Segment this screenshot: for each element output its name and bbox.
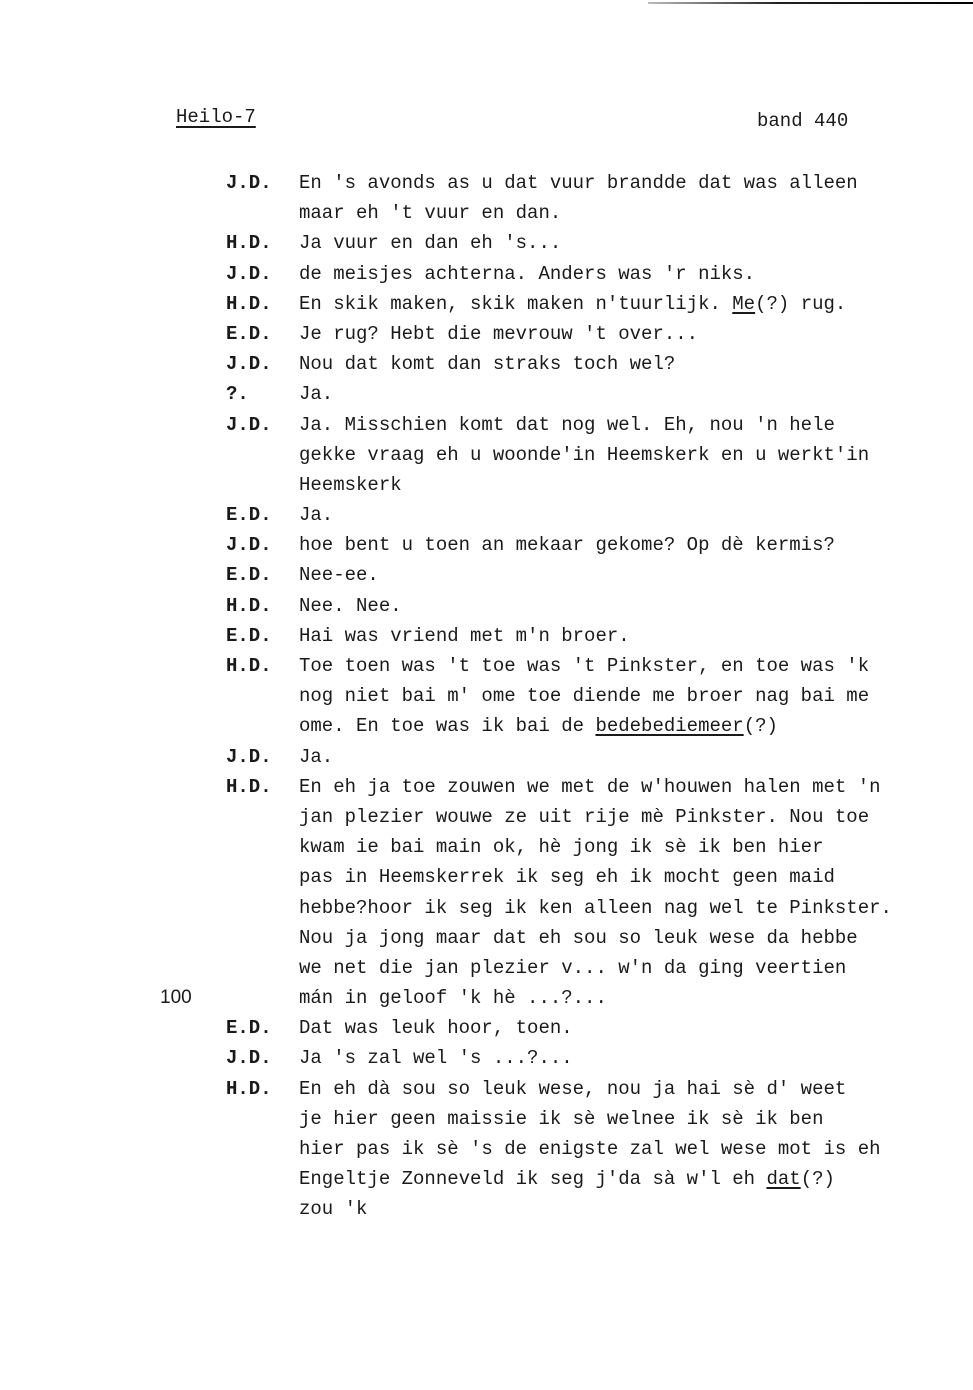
utterance-segment: (?): [801, 1168, 835, 1190]
utterance-text: Hai was vriend met m'n broer.: [299, 621, 630, 651]
utterance-text: En eh dà sou so leuk wese, nou ja hai sè…: [299, 1074, 846, 1104]
utterance-segment: Hai was vriend met m'n broer.: [299, 625, 630, 647]
speaker-label: J.D.: [226, 410, 272, 440]
utterance-text: gekke vraag eh u woonde'in Heemskerk en …: [299, 440, 869, 470]
speaker-label: J.D.: [226, 742, 272, 772]
utterance-text: zou 'k: [299, 1194, 367, 1224]
utterance-text: Nou ja jong maar dat eh sou so leuk wese…: [299, 923, 858, 953]
speaker-label: H.D.: [226, 591, 272, 621]
utterance-text: je hier geen maissie ik sè welnee ik sè …: [299, 1104, 824, 1134]
utterance-segment: Ja.: [299, 746, 333, 768]
utterance-segment: Ja 's zal wel 's ...?...: [299, 1047, 573, 1069]
utterance-text: Toe toen was 't toe was 't Pinkster, en …: [299, 651, 869, 681]
utterance-segment: Je rug? Hebt die mevrouw 't over...: [299, 323, 698, 345]
utterance-text: pas in Heemskerrek ik seg eh ik mocht ge…: [299, 862, 835, 892]
speaker-label: H.D.: [226, 289, 272, 319]
transcript-line: maar eh 't vuur en dan.: [0, 198, 973, 228]
utterance-text: maar eh 't vuur en dan.: [299, 198, 561, 228]
document-id: Heilo-7: [176, 106, 256, 128]
utterance-segment: En skik maken, skik maken n'tuurlijk.: [299, 293, 732, 315]
transcript-line: Heemskerk: [0, 470, 973, 500]
utterance-text: de meisjes achterna. Anders was 'r niks.: [299, 259, 755, 289]
utterance-segment: Toe toen was 't toe was 't Pinkster, en …: [299, 655, 869, 677]
speaker-label: E.D.: [226, 560, 272, 590]
utterance-segment: Ja. Misschien komt dat nog wel. Eh, nou …: [299, 414, 835, 436]
utterance-segment: mán in geloof 'k hè ...?...: [299, 987, 607, 1009]
utterance-text: Ja.: [299, 500, 333, 530]
utterance-text: we net die jan plezier v... w'n da ging …: [299, 953, 846, 983]
uncertain-word: dat: [766, 1168, 800, 1190]
transcript-line: Nou ja jong maar dat eh sou so leuk wese…: [0, 923, 973, 953]
utterance-text: Engeltje Zonneveld ik seg j'da sà w'l eh…: [299, 1164, 835, 1194]
transcript-line: J.D.Ja. Misschien komt dat nog wel. Eh, …: [0, 410, 973, 440]
utterance-segment: En 's avonds as u dat vuur brandde dat w…: [299, 172, 858, 194]
utterance-segment: Dat was leuk hoor, toen.: [299, 1017, 573, 1039]
utterance-text: hoe bent u toen an mekaar gekome? Op dè …: [299, 530, 835, 560]
transcript-line: je hier geen maissie ik sè welnee ik sè …: [0, 1104, 973, 1134]
transcript-line: ?.Ja.: [0, 379, 973, 409]
utterance-segment: ome. En toe was ik bai de: [299, 715, 595, 737]
transcript-line: E.D.Dat was leuk hoor, toen.: [0, 1013, 973, 1043]
utterance-segment: Heemskerk: [299, 474, 402, 496]
transcript-line: hier pas ik sè 's de enigste zal wel wes…: [0, 1134, 973, 1164]
utterance-text: Ja.: [299, 379, 333, 409]
transcript-line: J.D.En 's avonds as u dat vuur brandde d…: [0, 168, 973, 198]
speaker-label: H.D.: [226, 772, 272, 802]
transcript-line: 100mán in geloof 'k hè ...?...: [0, 983, 973, 1013]
utterance-segment: (?) rug.: [755, 293, 846, 315]
utterance-text: Nee. Nee.: [299, 591, 402, 621]
transcript-line: J.D.Ja 's zal wel 's ...?...: [0, 1043, 973, 1073]
utterance-segment: hoe bent u toen an mekaar gekome? Op dè …: [299, 534, 835, 556]
transcript-line: E.D.Hai was vriend met m'n broer.: [0, 621, 973, 651]
utterance-segment: En eh ja toe zouwen we met de w'houwen h…: [299, 776, 881, 798]
utterance-text: Ja.: [299, 742, 333, 772]
speaker-label: H.D.: [226, 228, 272, 258]
page-edge-line: [648, 2, 973, 4]
transcript-line: nog niet bai m' ome toe diende me broer …: [0, 681, 973, 711]
utterance-text: Je rug? Hebt die mevrouw 't over...: [299, 319, 698, 349]
utterance-segment: Nou ja jong maar dat eh sou so leuk wese…: [299, 927, 858, 949]
speaker-label: J.D.: [226, 1043, 272, 1073]
utterance-segment: Nee. Nee.: [299, 595, 402, 617]
speaker-label: J.D.: [226, 259, 272, 289]
utterance-segment: hier pas ik sè 's de enigste zal wel wes…: [299, 1138, 881, 1160]
transcript-line: Engeltje Zonneveld ik seg j'da sà w'l eh…: [0, 1164, 973, 1194]
utterance-segment: Nou dat komt dan straks toch wel?: [299, 353, 675, 375]
utterance-segment: hebbe?hoor ik seg ik ken alleen nag wel …: [299, 897, 892, 919]
transcript-line: jan plezier wouwe ze uit rije mè Pinkste…: [0, 802, 973, 832]
transcript-line: H.D.Ja vuur en dan eh 's...: [0, 228, 973, 258]
utterance-text: Heemskerk: [299, 470, 402, 500]
utterance-segment: Ja.: [299, 383, 333, 405]
utterance-segment: nog niet bai m' ome toe diende me broer …: [299, 685, 869, 707]
tape-number: band 440: [757, 110, 848, 132]
utterance-segment: Ja vuur en dan eh 's...: [299, 232, 561, 254]
utterance-text: hebbe?hoor ik seg ik ken alleen nag wel …: [299, 893, 892, 923]
utterance-text: hier pas ik sè 's de enigste zal wel wes…: [299, 1134, 881, 1164]
speaker-label: H.D.: [226, 651, 272, 681]
utterance-text: nog niet bai m' ome toe diende me broer …: [299, 681, 869, 711]
utterance-text: Ja 's zal wel 's ...?...: [299, 1043, 573, 1073]
transcript-line: H.D.En eh dà sou so leuk wese, nou ja ha…: [0, 1074, 973, 1104]
utterance-segment: En eh dà sou so leuk wese, nou ja hai sè…: [299, 1078, 846, 1100]
speaker-label: E.D.: [226, 1013, 272, 1043]
transcript-line: hebbe?hoor ik seg ik ken alleen nag wel …: [0, 893, 973, 923]
utterance-segment: we net die jan plezier v... w'n da ging …: [299, 957, 846, 979]
speaker-label: H.D.: [226, 1074, 272, 1104]
transcript-line: zou 'k: [0, 1194, 973, 1224]
utterance-text: En 's avonds as u dat vuur brandde dat w…: [299, 168, 858, 198]
speaker-label: J.D.: [226, 349, 272, 379]
utterance-segment: pas in Heemskerrek ik seg eh ik mocht ge…: [299, 866, 835, 888]
utterance-text: En eh ja toe zouwen we met de w'houwen h…: [299, 772, 881, 802]
speaker-label: E.D.: [226, 621, 272, 651]
utterance-segment: (?): [744, 715, 778, 737]
utterance-text: kwam ie bai main ok, hè jong ik sè ik be…: [299, 832, 824, 862]
utterance-text: En skik maken, skik maken n'tuurlijk. Me…: [299, 289, 846, 319]
transcript-line: gekke vraag eh u woonde'in Heemskerk en …: [0, 440, 973, 470]
speaker-label: ?.: [226, 379, 249, 409]
utterance-segment: Ja.: [299, 504, 333, 526]
transcript-line: H.D.Toe toen was 't toe was 't Pinkster,…: [0, 651, 973, 681]
transcript-line: kwam ie bai main ok, hè jong ik sè ik be…: [0, 832, 973, 862]
speaker-label: E.D.: [226, 500, 272, 530]
transcript-line: J.D.Nou dat komt dan straks toch wel?: [0, 349, 973, 379]
utterance-segment: Engeltje Zonneveld ik seg j'da sà w'l eh: [299, 1168, 766, 1190]
transcript-line: H.D.En eh ja toe zouwen we met de w'houw…: [0, 772, 973, 802]
utterance-text: Ja vuur en dan eh 's...: [299, 228, 561, 258]
transcript-line: E.D.Je rug? Hebt die mevrouw 't over...: [0, 319, 973, 349]
utterance-segment: kwam ie bai main ok, hè jong ik sè ik be…: [299, 836, 824, 858]
utterance-segment: de meisjes achterna. Anders was 'r niks.: [299, 263, 755, 285]
utterance-text: ome. En toe was ik bai de bedebediemeer(…: [299, 711, 778, 741]
utterance-segment: jan plezier wouwe ze uit rije mè Pinkste…: [299, 806, 869, 828]
utterance-segment: zou 'k: [299, 1198, 367, 1220]
transcript-line: we net die jan plezier v... w'n da ging …: [0, 953, 973, 983]
speaker-label: J.D.: [226, 168, 272, 198]
speaker-label: J.D.: [226, 530, 272, 560]
line-number: 100: [160, 983, 192, 1013]
utterance-text: mán in geloof 'k hè ...?...: [299, 983, 607, 1013]
uncertain-word: bedebediemeer: [595, 715, 743, 737]
utterance-text: Nee-ee.: [299, 560, 379, 590]
utterance-segment: maar eh 't vuur en dan.: [299, 202, 561, 224]
utterance-segment: gekke vraag eh u woonde'in Heemskerk en …: [299, 444, 869, 466]
transcript-line: ome. En toe was ik bai de bedebediemeer(…: [0, 711, 973, 741]
utterance-text: Nou dat komt dan straks toch wel?: [299, 349, 675, 379]
uncertain-word: Me: [732, 293, 755, 315]
utterance-segment: Nee-ee.: [299, 564, 379, 586]
transcript-line: J.D.Ja.: [0, 742, 973, 772]
transcript-line: H.D.Nee. Nee.: [0, 591, 973, 621]
transcript: J.D.En 's avonds as u dat vuur brandde d…: [0, 168, 973, 1225]
speaker-label: E.D.: [226, 319, 272, 349]
utterance-text: Dat was leuk hoor, toen.: [299, 1013, 573, 1043]
transcript-line: J.D.hoe bent u toen an mekaar gekome? Op…: [0, 530, 973, 560]
transcript-line: E.D.Ja.: [0, 500, 973, 530]
utterance-text: Ja. Misschien komt dat nog wel. Eh, nou …: [299, 410, 835, 440]
transcript-line: J.D.de meisjes achterna. Anders was 'r n…: [0, 259, 973, 289]
transcript-line: H.D.En skik maken, skik maken n'tuurlijk…: [0, 289, 973, 319]
utterance-segment: je hier geen maissie ik sè welnee ik sè …: [299, 1108, 824, 1130]
transcript-line: pas in Heemskerrek ik seg eh ik mocht ge…: [0, 862, 973, 892]
transcript-line: E.D.Nee-ee.: [0, 560, 973, 590]
utterance-text: jan plezier wouwe ze uit rije mè Pinkste…: [299, 802, 869, 832]
